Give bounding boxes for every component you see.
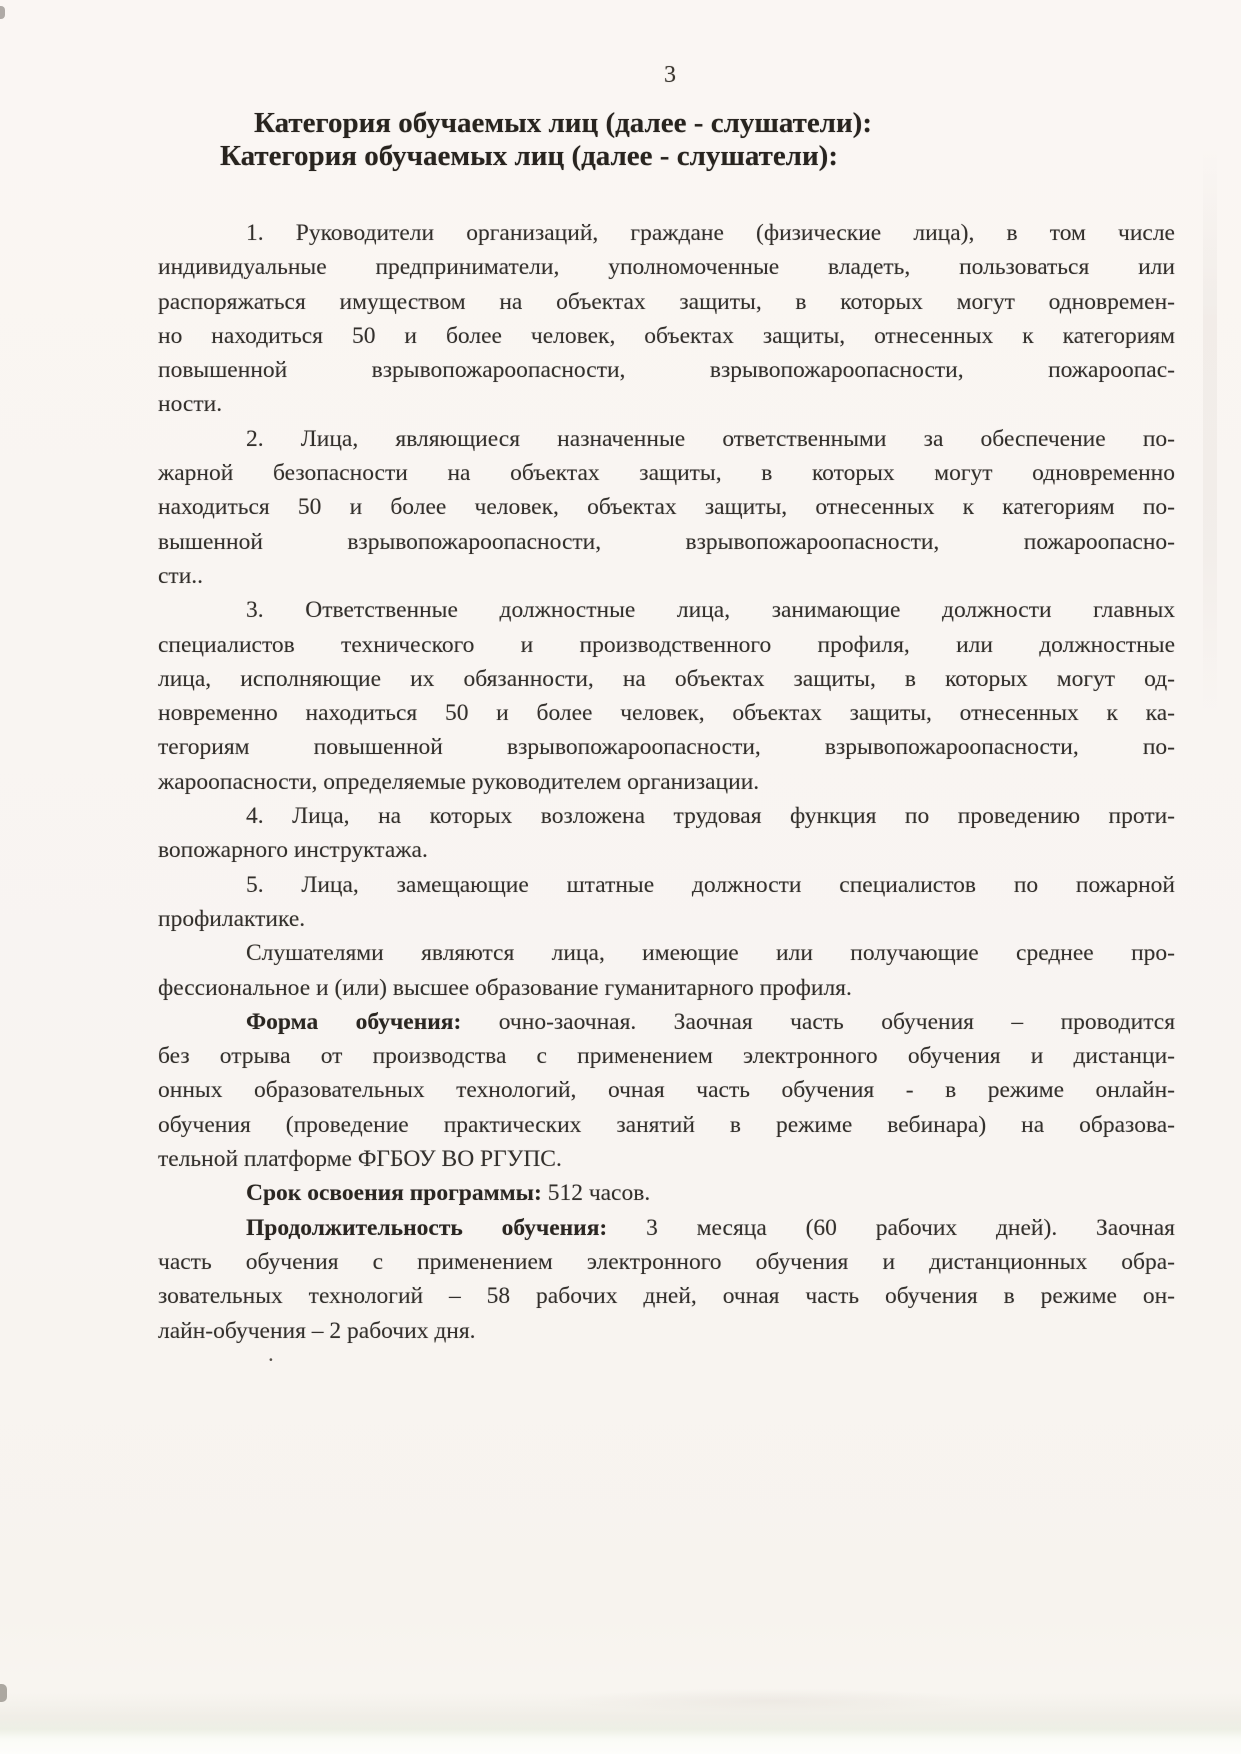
text-line: фессиональное и (или) высшее образование…: [158, 971, 1175, 1005]
text-line: 5. Лица, замещающие штатные должности сп…: [158, 868, 1175, 902]
text-segment: но находиться 50 и более человек, объект…: [158, 323, 1175, 349]
paragraph-7: Форма обучения: очно-заочная. Заочная ча…: [158, 1005, 1175, 1176]
text-segment: лайн-обучения – 2 рабочих дня.: [158, 1318, 476, 1344]
text-segment: вопожарного инструктажа.: [158, 837, 428, 863]
scan-streak-artifact: [1203, 150, 1217, 710]
page-number: 3: [600, 62, 740, 89]
text-segment: 5. Лица, замещающие штатные должности сп…: [246, 872, 1175, 898]
paragraph-5: 5. Лица, замещающие штатные должности сп…: [158, 868, 1175, 937]
text-line: без отрыва от производства с применением…: [158, 1039, 1175, 1073]
paragraph-2: 2. Лица, являющиеся назначенные ответств…: [158, 422, 1175, 593]
text-line: тельной платформе ФГБОУ ВО РГУПС.: [158, 1142, 1175, 1176]
text-line: вопожарного инструктажа.: [158, 833, 1175, 867]
scan-bottom-band-artifact: [0, 1692, 1241, 1754]
text-line: жарной безопасности на объектах защиты, …: [158, 456, 1175, 490]
scanned-document-page: 3 Категория обучаемых лиц (далее - слуша…: [0, 0, 1241, 1754]
text-segment: специалистов технического и производстве…: [158, 632, 1175, 658]
text-segment: онных образовательных технологий, очная …: [158, 1077, 1175, 1103]
document-heading-line-1: Категория обучаемых лиц (далее - слушате…: [254, 107, 872, 140]
text-segment: профилактике.: [158, 906, 305, 932]
text-line: онных образовательных технологий, очная …: [158, 1073, 1175, 1107]
text-segment: часть обучения с применением электронног…: [158, 1249, 1175, 1275]
text-segment: жароопасности, определяемые руководителе…: [158, 769, 759, 795]
text-segment: повышенной взрывопожароопасности, взрыво…: [158, 357, 1175, 383]
text-segment: 512 часов.: [542, 1180, 650, 1206]
text-line: часть обучения с применением электронног…: [158, 1245, 1175, 1279]
text-segment: сти..: [158, 563, 203, 589]
document-body: 1. Руководители организаций, граждане (ф…: [158, 216, 1175, 1348]
scan-edge-mark-top-left: [0, 6, 5, 19]
text-line: профилактике.: [158, 902, 1175, 936]
text-segment: 2. Лица, являющиеся назначенные ответств…: [246, 426, 1175, 452]
text-line: сти..: [158, 559, 1175, 593]
text-line: 1. Руководители организаций, граждане (ф…: [158, 216, 1175, 250]
text-segment: 4. Лица, на которых возложена трудовая ф…: [246, 803, 1175, 829]
text-segment: тегориям повышенной взрывопожароопасност…: [158, 734, 1175, 760]
text-segment: жарной безопасности на объектах защиты, …: [158, 460, 1175, 486]
text-line: находиться 50 и более человек, объектах …: [158, 490, 1175, 524]
text-segment: без отрыва от производства с применением…: [158, 1043, 1175, 1069]
text-line: зовательных технологий – 58 рабочих дней…: [158, 1279, 1175, 1313]
text-segment: индивидуальные предприниматели, уполномо…: [158, 254, 1175, 280]
text-segment: распоряжаться имуществом на объектах защ…: [158, 289, 1175, 315]
text-line: Продолжительность обучения: 3 месяца (60…: [158, 1211, 1175, 1245]
paragraph-6: Слушателями являются лица, имеющие или п…: [158, 936, 1175, 1005]
text-segment: фессиональное и (или) высшее образование…: [158, 975, 852, 1001]
bold-run-in-label: Срок освоения программы:: [246, 1180, 542, 1206]
document-heading-line-2: Категория обучаемых лиц (далее - слушате…: [220, 140, 838, 173]
text-segment: вышенной взрывопожароопасности, взрывопо…: [158, 529, 1175, 555]
scan-edge-mark-bottom-left: [0, 1684, 7, 1702]
text-segment: тельной платформе ФГБОУ ВО РГУПС.: [158, 1146, 562, 1172]
paragraph-4: 4. Лица, на которых возложена трудовая ф…: [158, 799, 1175, 868]
text-line: тегориям повышенной взрывопожароопасност…: [158, 730, 1175, 764]
text-segment: новременно находиться 50 и более человек…: [158, 700, 1175, 726]
text-segment: зовательных технологий – 58 рабочих дней…: [158, 1283, 1175, 1309]
text-segment: 3. Ответственные должностные лица, заним…: [246, 597, 1175, 623]
text-line: 4. Лица, на которых возложена трудовая ф…: [158, 799, 1175, 833]
stray-dot-mark: .: [268, 1341, 284, 1367]
paragraph-3: 3. Ответственные должностные лица, заним…: [158, 593, 1175, 799]
text-segment: Слушателями являются лица, имеющие или п…: [246, 940, 1175, 966]
paragraph-8: Срок освоения программы: 512 часов.: [158, 1176, 1175, 1210]
text-line: специалистов технического и производстве…: [158, 628, 1175, 662]
text-line: повышенной взрывопожароопасности, взрыво…: [158, 353, 1175, 387]
text-segment: очно-заочная. Заочная часть обучения – п…: [461, 1009, 1175, 1035]
text-segment: 3 месяца (60 рабочих дней). Заочная: [607, 1215, 1175, 1241]
paragraph-9: Продолжительность обучения: 3 месяца (60…: [158, 1211, 1175, 1348]
text-line: обучения (проведение практических заняти…: [158, 1108, 1175, 1142]
text-line: Слушателями являются лица, имеющие или п…: [158, 936, 1175, 970]
text-line: лица, исполняющие их обязанности, на объ…: [158, 662, 1175, 696]
text-line: лайн-обучения – 2 рабочих дня.: [158, 1314, 1175, 1348]
text-line: новременно находиться 50 и более человек…: [158, 696, 1175, 730]
text-line: 2. Лица, являющиеся назначенные ответств…: [158, 422, 1175, 456]
text-line: индивидуальные предприниматели, уполномо…: [158, 250, 1175, 284]
text-line: Форма обучения: очно-заочная. Заочная ча…: [158, 1005, 1175, 1039]
bold-run-in-label: Форма обучения:: [246, 1009, 461, 1035]
text-line: распоряжаться имуществом на объектах защ…: [158, 285, 1175, 319]
text-line: Срок освоения программы: 512 часов.: [158, 1176, 1175, 1210]
text-line: вышенной взрывопожароопасности, взрывопо…: [158, 525, 1175, 559]
text-line: ности.: [158, 387, 1175, 421]
text-line: но находиться 50 и более человек, объект…: [158, 319, 1175, 353]
text-line: жароопасности, определяемые руководителе…: [158, 765, 1175, 799]
text-segment: 1. Руководители организаций, граждане (ф…: [246, 220, 1175, 246]
text-segment: обучения (проведение практических заняти…: [158, 1112, 1175, 1138]
paragraph-1: 1. Руководители организаций, граждане (ф…: [158, 216, 1175, 422]
text-line: 3. Ответственные должностные лица, заним…: [158, 593, 1175, 627]
bold-run-in-label: Продолжительность обучения:: [246, 1215, 607, 1241]
text-segment: ности.: [158, 391, 222, 417]
text-segment: находиться 50 и более человек, объектах …: [158, 494, 1175, 520]
text-segment: лица, исполняющие их обязанности, на объ…: [158, 666, 1175, 692]
